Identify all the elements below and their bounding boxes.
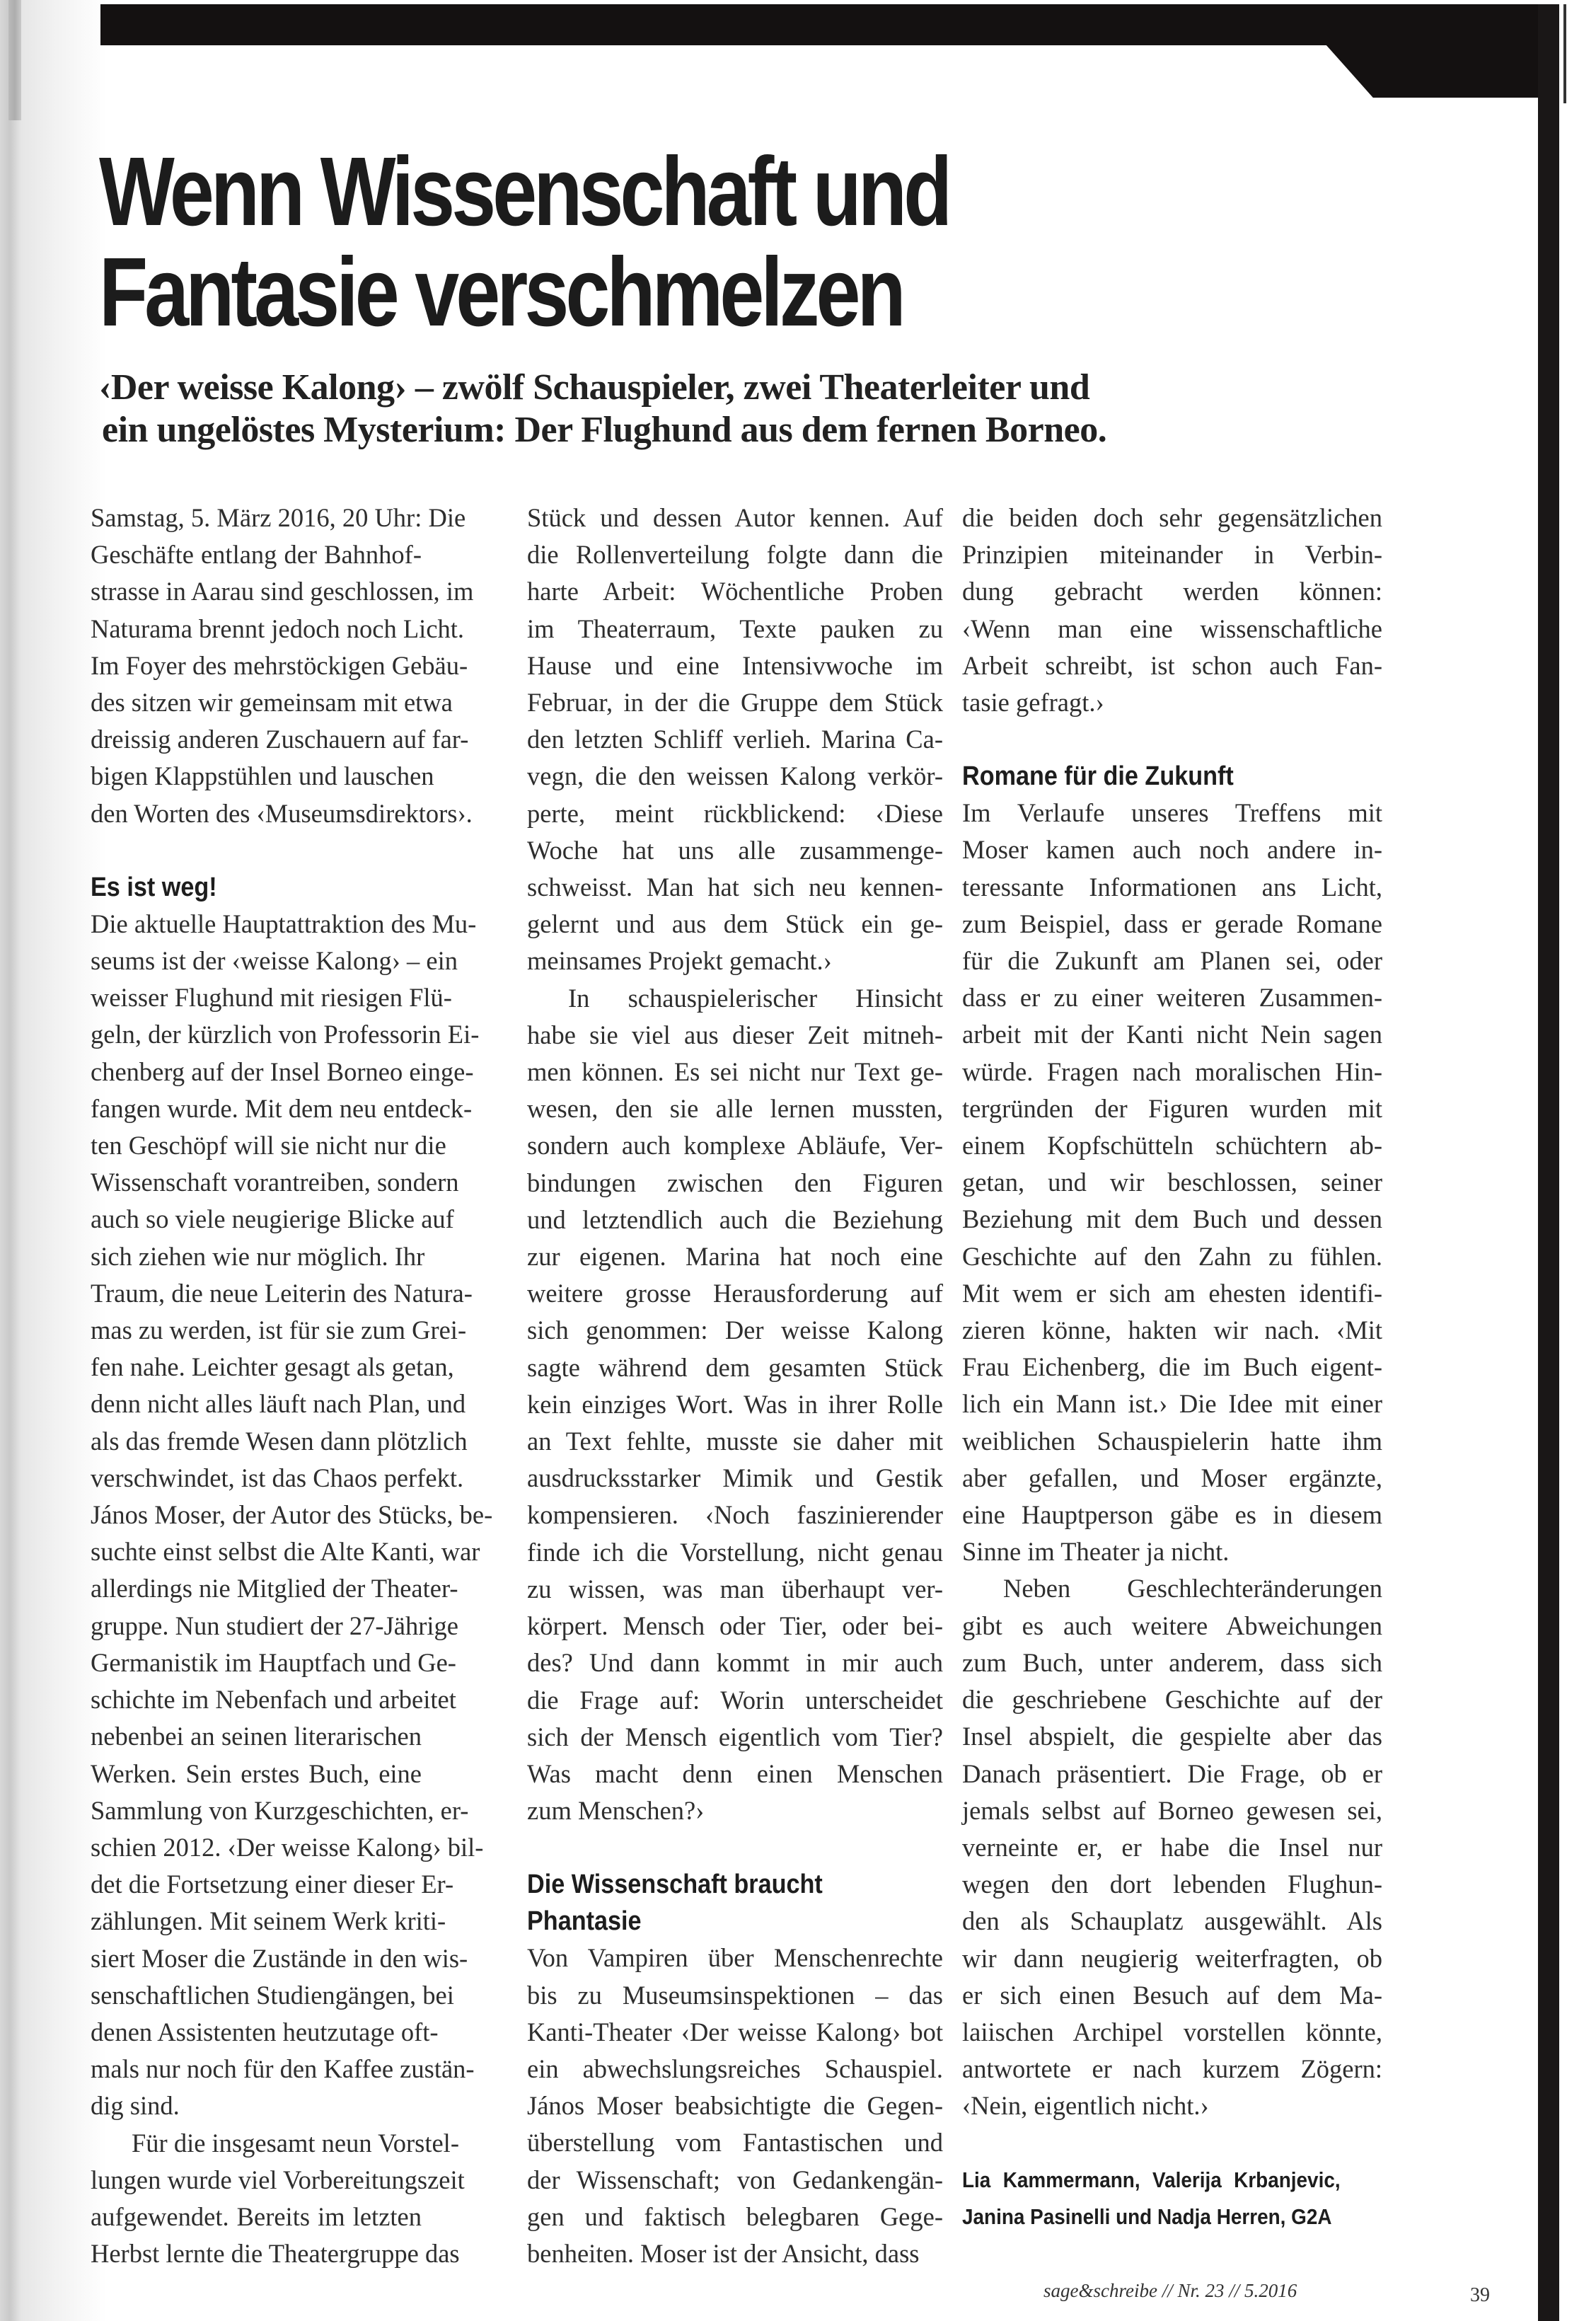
text-line: ausdrucksstarker Mimik und Gestik xyxy=(527,1460,943,1497)
text-line: er sich einen Besuch auf dem Ma- xyxy=(962,1977,1382,2014)
text-line: bigen Klappstühlen und lauschen xyxy=(91,758,422,795)
text-line: meinsames Projekt gemacht.› xyxy=(527,943,943,979)
article-column-2: Stück und dessen Autor kennen. Aufdie Ro… xyxy=(527,500,943,2272)
text-line: habe sie viel aus dieser Zeit mitneh- xyxy=(527,1017,943,1054)
text-line: und letztendlich auch die Beziehung xyxy=(527,1202,943,1238)
page-edge-line xyxy=(1563,4,1566,103)
text-line: aufgewendet. Bereits im letzten xyxy=(91,2199,422,2235)
text-line: Arbeit schreibt, ist schon auch Fan- xyxy=(962,647,1382,684)
text-line: Moser kamen auch noch andere in- xyxy=(962,831,1382,868)
text-line: verneinte er, er habe die Insel nur xyxy=(962,1829,1382,1866)
section-gap xyxy=(962,2125,1382,2162)
paragraph: Die aktuelle Hauptattraktion des Mu-seum… xyxy=(91,906,422,2125)
text-line: zum Buch, unter anderem, dass sich xyxy=(962,1645,1382,1681)
text-line: gruppe. Nun studiert der 27-Jährige xyxy=(91,1608,422,1645)
text-line: tergründen der Figuren wurden mit xyxy=(962,1090,1382,1127)
section-gap xyxy=(527,1829,943,1866)
text-line: János Moser beabsichtigte die Gegen- xyxy=(527,2087,943,2124)
section-heading: Phantasie xyxy=(527,1903,901,1940)
text-line: zur eigenen. Marina hat noch eine xyxy=(527,1238,943,1275)
text-line: Lia Kammermann, Valerija Krbanjevic, xyxy=(962,2162,1341,2199)
text-line: zählungen. Mit seinem Werk kriti- xyxy=(91,1903,422,1940)
section-heading: Es ist weg! xyxy=(91,869,388,906)
text-line: jemals selbst auf Borneo gewesen sei, xyxy=(962,1792,1382,1829)
text-line: der Wissenschaft; von Gedankengän- xyxy=(527,2162,943,2199)
text-line: Wissenschaft vorantreiben, sondern xyxy=(91,1164,422,1201)
text-line: Mit wem er sich am ehesten identifi- xyxy=(962,1275,1382,1312)
text-line: denen Assistenten heutzutage oft- xyxy=(91,2014,422,2051)
text-line: In schauspielerischer Hinsicht xyxy=(527,980,943,1017)
text-line: men können. Es sei nicht nur Text ge- xyxy=(527,1054,943,1090)
text-line: Im Verlaufe unseres Treffens mit xyxy=(962,795,1382,831)
text-line: det die Fortsetzung einer dieser Er- xyxy=(91,1866,422,1903)
text-line: wegen den dort lebenden Flughun- xyxy=(962,1866,1382,1903)
text-line: laiischen Archipel vorstellen könnte, xyxy=(962,2014,1382,2051)
text-line: mas zu werden, ist für sie zum Grei- xyxy=(91,1312,422,1349)
section-heading: Romane für die Zukunft xyxy=(962,758,1341,795)
text-line: dreissig anderen Zuschauern auf far- xyxy=(91,721,422,758)
text-line: chenberg auf der Insel Borneo einge- xyxy=(91,1054,422,1090)
text-line: den Worten des ‹Museumsdirektors›. xyxy=(91,795,422,832)
subtitle-line-1: ‹Der weisse Kalong› – zwölf Schauspieler… xyxy=(99,367,1106,409)
paragraph: Für die insgesamt neun Vorstel-lungen wu… xyxy=(91,2125,422,2273)
text-line: lich ein Mann ist.› Die Idee mit einer xyxy=(962,1386,1382,1422)
text-line: den als Schauplatz ausgewählt. Als xyxy=(962,1903,1382,1940)
paragraph: Im Verlaufe unseres Treffens mitMoser ka… xyxy=(962,795,1382,1570)
text-line: eine Hauptperson gäbe es in diesem xyxy=(962,1497,1382,1533)
text-line: an Text fehlte, musste sie daher mit xyxy=(527,1423,943,1460)
binding-mark xyxy=(8,0,21,120)
text-line: schichte im Nebenfach und arbeitet xyxy=(91,1681,422,1718)
text-line: tasie gefragt.› xyxy=(962,684,1382,721)
text-line: Herbst lernte die Theatergruppe das xyxy=(91,2235,422,2272)
text-line: für die Zukunft am Planen sei, oder xyxy=(962,943,1382,979)
text-line: gen und faktisch belegbaren Gege- xyxy=(527,2199,943,2235)
text-line: sich der Mensch eigentlich vom Tier? xyxy=(527,1719,943,1756)
text-line: sondern auch komplexe Abläufe, Ver- xyxy=(527,1127,943,1164)
text-line: nebenbei an seinen literarischen xyxy=(91,1718,422,1755)
author-byline: Lia Kammermann, Valerija Krbanjevic,Jani… xyxy=(962,2162,1341,2235)
text-line: dung gebracht werden können: xyxy=(962,573,1382,610)
section-gap xyxy=(91,832,422,869)
text-line: Was macht denn einen Menschen xyxy=(527,1756,943,1792)
text-line: Hause und eine Intensivwoche im xyxy=(527,647,943,684)
text-line: den letzten Schliff verlieh. Marina Ca- xyxy=(527,721,943,758)
text-line: fen nahe. Leichter gesagt als getan, xyxy=(91,1349,422,1386)
text-line: Janina Pasinelli und Nadja Herren, G2A xyxy=(962,2199,1341,2235)
text-line: kein einziges Wort. Was in ihrer Rolle xyxy=(527,1386,943,1423)
paragraph: Von Vampiren über Menschenrechtebis zu M… xyxy=(527,1940,943,2272)
text-line: Naturama brennt jedoch noch Licht. xyxy=(91,611,422,647)
article-subtitle: ‹Der weisse Kalong› – zwölf Schauspieler… xyxy=(99,367,1106,451)
text-line: Neben Geschlechteränderungen xyxy=(962,1570,1382,1607)
text-line: Februar, in der die Gruppe dem Stück xyxy=(527,684,943,721)
text-line: gibt es auch weitere Abweichungen xyxy=(962,1608,1382,1645)
text-line: zieren könne, hakten wir nach. ‹Mit xyxy=(962,1312,1382,1349)
subtitle-line-2: ein ungelöstes Mysterium: Der Flughund a… xyxy=(99,409,1106,451)
text-line: Samstag, 5. März 2016, 20 Uhr: Die xyxy=(91,500,422,536)
text-line: bindungen zwischen den Figuren xyxy=(527,1165,943,1202)
text-line: Im Foyer des mehrstöckigen Gebäu- xyxy=(91,647,422,684)
text-line: auch so viele neugierige Blicke auf xyxy=(91,1201,422,1238)
text-line: Die aktuelle Hauptattraktion des Mu- xyxy=(91,906,422,943)
text-line: sich genommen: Der weisse Kalong xyxy=(527,1312,943,1349)
text-line: ein abwechslungsreiches Schauspiel. xyxy=(527,2051,943,2087)
text-line: sagte während dem gesamten Stück xyxy=(527,1349,943,1386)
text-line: strasse in Aarau sind geschlossen, im xyxy=(91,573,422,610)
text-line: die Frage auf: Worin unterscheidet xyxy=(527,1682,943,1719)
text-line: ‹Nein, eigentlich nicht.› xyxy=(962,2087,1382,2124)
text-line: János Moser, der Autor des Stücks, be- xyxy=(91,1497,422,1533)
article-column-1: Samstag, 5. März 2016, 20 Uhr: DieGeschä… xyxy=(91,500,422,2272)
page-number: 39 xyxy=(1470,2284,1490,2307)
text-line: Beziehung mit dem Buch und dessen xyxy=(962,1201,1382,1238)
text-line: antwortete er nach kurzem Zögern: xyxy=(962,2051,1382,2087)
text-line: würde. Fragen nach moralischen Hin- xyxy=(962,1054,1382,1090)
text-line: Für die insgesamt neun Vorstel- xyxy=(91,2125,422,2162)
text-line: Germanistik im Hauptfach und Ge- xyxy=(91,1645,422,1681)
text-line: weisser Flughund mit riesigen Flü- xyxy=(91,979,422,1016)
text-line: perte, meint rückblickend: ‹Diese xyxy=(527,795,943,832)
text-line: Von Vampiren über Menschenrechte xyxy=(527,1940,943,1976)
text-line: siert Moser die Zustände in den wis- xyxy=(91,1940,422,1977)
text-line: bis zu Museumsinspektionen – das xyxy=(527,1977,943,2014)
text-line: aber gefallen, und Moser ergänzte, xyxy=(962,1460,1382,1497)
text-line: harte Arbeit: Wöchentliche Proben xyxy=(527,573,943,610)
section-gap xyxy=(962,721,1382,758)
text-line: verschwindet, ist das Chaos perfekt. xyxy=(91,1460,422,1497)
text-line: Kanti-Theater ‹Der weisse Kalong› bot xyxy=(527,2014,943,2051)
text-line: Frau Eichenberg, die im Buch eigent- xyxy=(962,1349,1382,1386)
text-line: Geschäfte entlang der Bahnhof- xyxy=(91,536,422,573)
title-line-1: Wenn Wissenschaft und xyxy=(99,142,949,242)
text-line: schien 2012. ‹Der weisse Kalong› bil- xyxy=(91,1829,422,1866)
text-line: senschaftlichen Studiengängen, bei xyxy=(91,1977,422,2014)
text-line: fangen wurde. Mit dem neu entdeck- xyxy=(91,1090,422,1127)
text-line: zu wissen, was man überhaupt ver- xyxy=(527,1571,943,1608)
text-line: Geschichte auf den Zahn zu fühlen. xyxy=(962,1238,1382,1275)
text-line: Sinne im Theater ja nicht. xyxy=(962,1533,1382,1570)
text-line: im Theaterraum, Texte pauken zu xyxy=(527,611,943,647)
text-line: seums ist der ‹weisse Kalong› – ein xyxy=(91,943,422,979)
text-line: die Rollenverteilung folgte dann die xyxy=(527,536,943,573)
text-line: ten Geschöpf will sie nicht nur die xyxy=(91,1127,422,1164)
text-line: dig sind. xyxy=(91,2087,422,2124)
text-line: weiblichen Schauspielerin hatte ihm xyxy=(962,1423,1382,1460)
text-line: die beiden doch sehr gegensätzlichen xyxy=(962,500,1382,536)
text-line: ‹Wenn man eine wissenschaftliche xyxy=(962,611,1382,647)
text-line: Traum, die neue Leiterin des Natura- xyxy=(91,1275,422,1312)
text-line: getan, und wir beschlossen, seiner xyxy=(962,1164,1382,1201)
text-line: wir dann neugierig weiterfragten, ob xyxy=(962,1940,1382,1977)
text-line: Prinzipien miteinander in Verbin- xyxy=(962,536,1382,573)
text-line: Werken. Sein erstes Buch, eine xyxy=(91,1756,422,1792)
text-line: arbeit mit der Kanti nicht Nein sagen xyxy=(962,1016,1382,1053)
text-line: geln, der kürzlich von Professorin Ei- xyxy=(91,1016,422,1053)
text-line: mals nur noch für den Kaffee zustän- xyxy=(91,2051,422,2087)
text-line: zum Beispiel, dass er gerade Romane xyxy=(962,906,1382,943)
text-line: dass er zu einer weiteren Zusammen- xyxy=(962,979,1382,1016)
text-line: vegn, die den weissen Kalong verkör- xyxy=(527,758,943,795)
text-line: allerdings nie Mitglied der Theater- xyxy=(91,1570,422,1607)
text-line: teressante Informationen ans Licht, xyxy=(962,869,1382,906)
text-line: des? Und dann kommt in mir auch xyxy=(527,1645,943,1681)
text-line: einem Kopfschütteln schüchtern ab- xyxy=(962,1127,1382,1164)
text-line: Danach präsentiert. Die Frage, ob er xyxy=(962,1756,1382,1792)
text-line: Woche hat uns alle zusammenge- xyxy=(527,832,943,869)
text-line: Insel abspielt, die gespielte aber das xyxy=(962,1718,1382,1755)
text-line: suchte einst selbst die Alte Kanti, war xyxy=(91,1533,422,1570)
text-line: überstellung vom Fantastischen und xyxy=(527,2124,943,2161)
text-line: kompensieren. ‹Noch faszinierender xyxy=(527,1497,943,1533)
text-line: körpert. Mensch oder Tier, oder bei- xyxy=(527,1608,943,1645)
text-line: als das fremde Wesen dann plötzlich xyxy=(91,1423,422,1460)
text-line: des sitzen wir gemeinsam mit etwa xyxy=(91,684,422,721)
text-line: sich ziehen wie nur möglich. Ihr xyxy=(91,1238,422,1275)
text-line: Sammlung von Kurzgeschichten, er- xyxy=(91,1792,422,1829)
text-line: benheiten. Moser ist der Ansicht, dass xyxy=(527,2235,943,2272)
text-line: gelernt und aus dem Stück ein ge- xyxy=(527,906,943,943)
text-line: lungen wurde viel Vorbereitungszeit xyxy=(91,2162,422,2199)
text-line: die geschriebene Geschichte auf der xyxy=(962,1681,1382,1718)
paragraph: Samstag, 5. März 2016, 20 Uhr: DieGeschä… xyxy=(91,500,422,832)
title-line-2: Fantasie verschmelzen xyxy=(99,242,949,342)
section-heading: Die Wissenschaft braucht xyxy=(527,1866,901,1903)
paragraph: die beiden doch sehr gegensätzlichenPrin… xyxy=(962,500,1382,721)
article-title: Wenn Wissenschaft und Fantasie verschmel… xyxy=(99,142,949,342)
text-line: denn nicht alles läuft nach Plan, und xyxy=(91,1386,422,1422)
article-column-3: die beiden doch sehr gegensätzlichenPrin… xyxy=(962,500,1382,2235)
frame-right-bar xyxy=(1538,4,1559,2321)
text-line: finde ich die Vorstellung, nicht genau xyxy=(527,1534,943,1571)
text-line: schweisst. Man hat sich neu kennen- xyxy=(527,869,943,906)
text-line: weitere grosse Herausforderung auf xyxy=(527,1275,943,1312)
text-line: wesen, den sie alle lernen mussten, xyxy=(527,1090,943,1127)
paragraph: Stück und dessen Autor kennen. Aufdie Ro… xyxy=(527,500,943,980)
frame-corner-tab xyxy=(1326,4,1559,98)
paragraph: In schauspielerischer Hinsichthabe sie v… xyxy=(527,980,943,1830)
paragraph: Neben Geschlechteränderungengibt es auch… xyxy=(962,1570,1382,2124)
text-line: Stück und dessen Autor kennen. Auf xyxy=(527,500,943,536)
magazine-footer: sage&schreibe // Nr. 23 // 5.2016 xyxy=(1043,2280,1297,2302)
text-line: zum Menschen?› xyxy=(527,1792,943,1829)
